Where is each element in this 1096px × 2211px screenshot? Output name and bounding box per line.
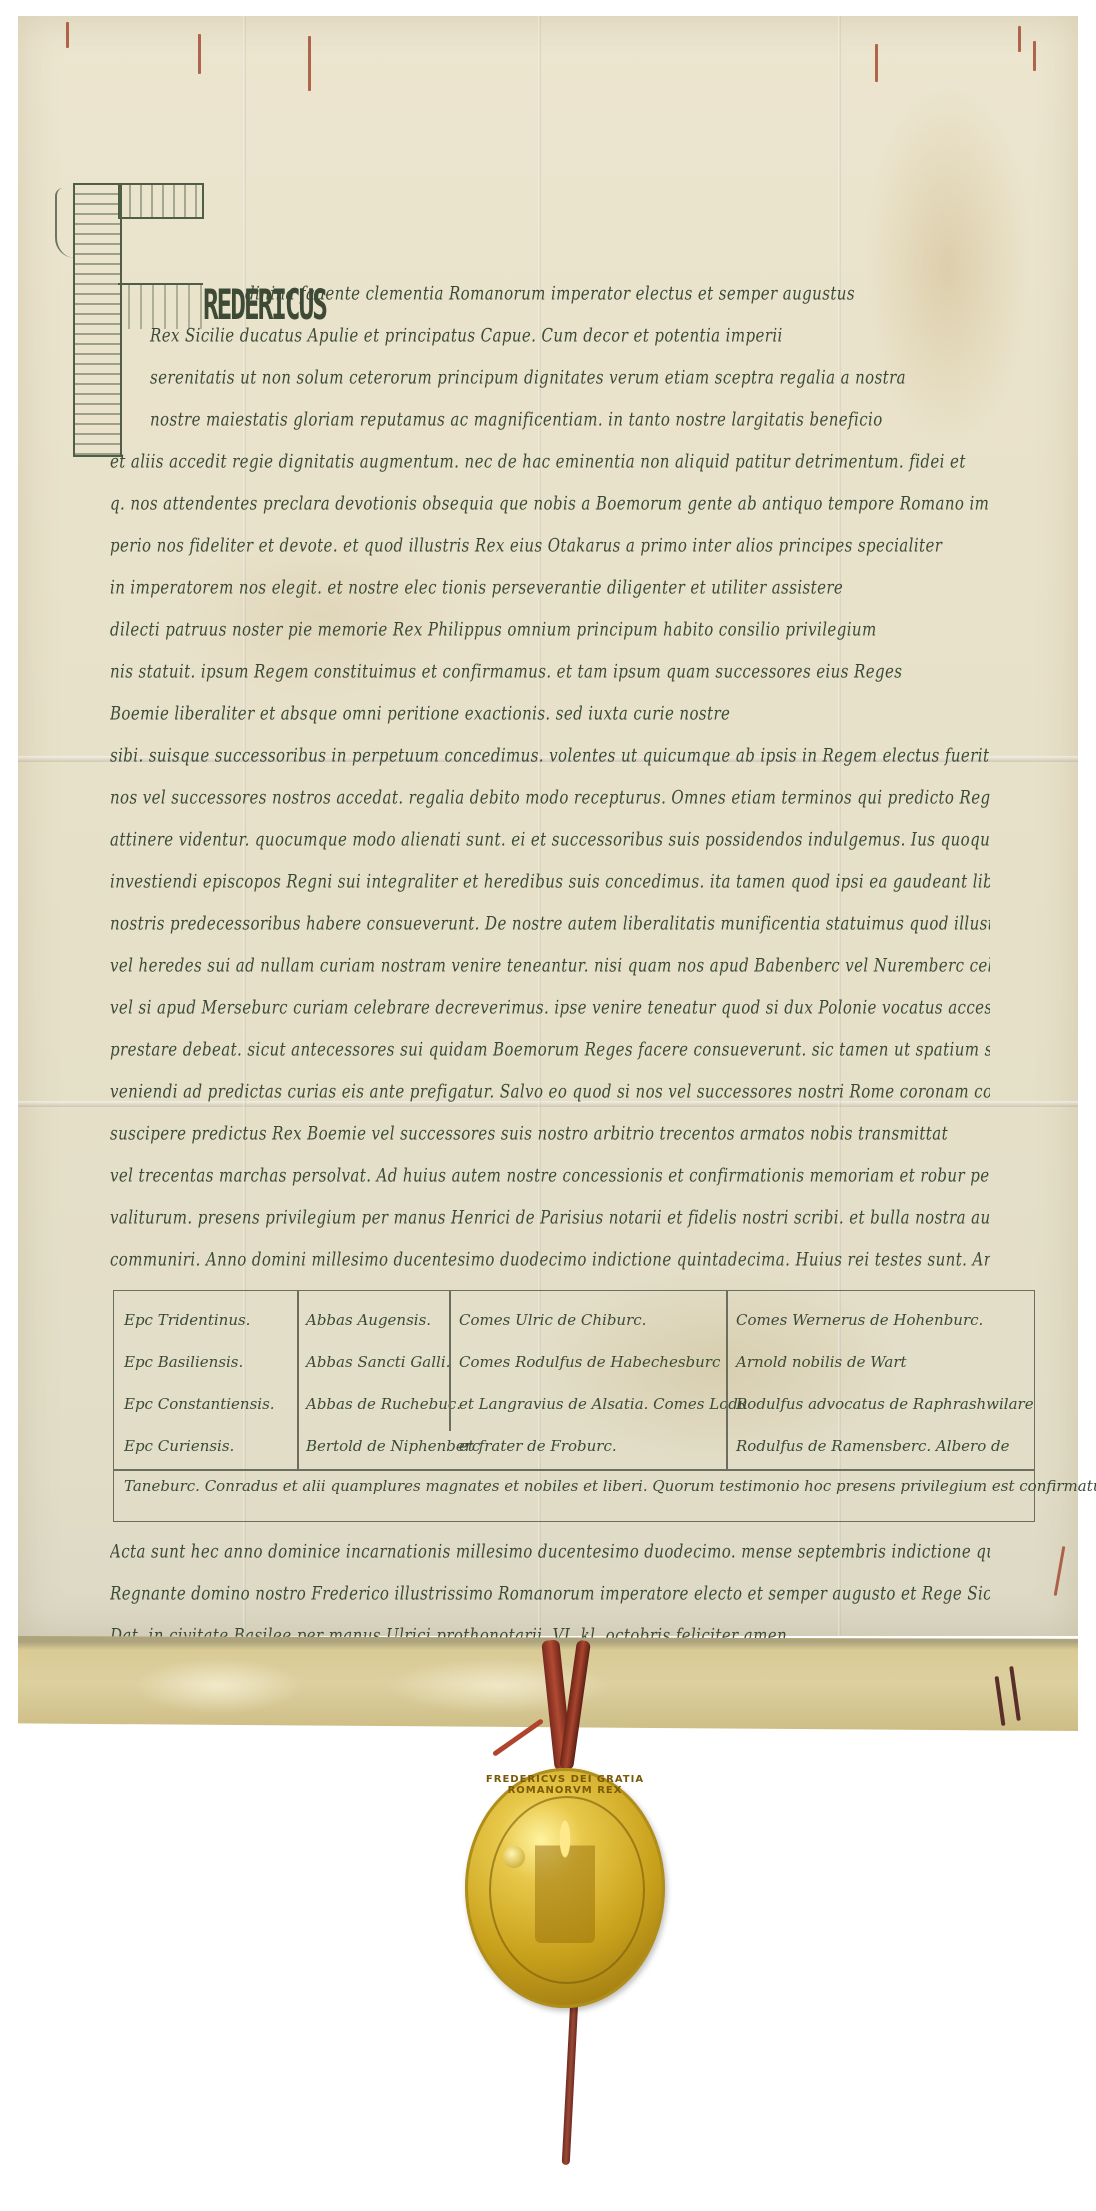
witness-list-table: Epc Tridentinus. Epc Basiliensis. Epc Co…	[113, 1290, 1035, 1522]
witness-entry: Comes Wernerus de Hohenburc.	[736, 1299, 1034, 1341]
margin-tick	[1018, 26, 1021, 52]
witness-entry: Comes Ulric de Chiburc.	[459, 1299, 748, 1341]
column-divider	[726, 1291, 728, 1469]
initial-top-bar	[118, 183, 204, 219]
margin-tick	[66, 22, 69, 48]
column-divider	[449, 1291, 451, 1431]
golden-bull-seal: FREDERICVS DEI GRATIA ROMANORVM REX	[465, 1768, 665, 2008]
initial-flourish	[55, 188, 75, 258]
enthroned-figure-icon	[535, 1813, 595, 1943]
witness-entry: Rodulfus de Ramensberc. Albero de	[736, 1425, 1034, 1467]
seal-legend: FREDERICVS DEI GRATIA ROMANORVM REX	[465, 1774, 665, 1796]
witness-entry: Abbas Augensis.	[306, 1299, 480, 1341]
column-divider	[297, 1291, 299, 1469]
witness-entry: Epc Tridentinus.	[124, 1299, 275, 1341]
orb-icon	[503, 1846, 525, 1868]
witness-continuation: Taneburc. Conradus et alii quamplures ma…	[124, 1477, 1096, 1495]
table-row-divider	[114, 1469, 1034, 1471]
margin-tick	[198, 34, 201, 74]
margin-tick	[1054, 1546, 1066, 1596]
witness-entry: Comes Rodulfus de Habechesburc	[459, 1341, 748, 1383]
witness-column-nobles: Comes Wernerus de Hohenburc. Arnold nobi…	[736, 1299, 1034, 1467]
plica-mark	[1009, 1666, 1021, 1721]
witness-entry: Epc Basiliensis.	[124, 1341, 275, 1383]
witness-entry: Arnold nobilis de Wart	[736, 1341, 1034, 1383]
margin-tick	[875, 44, 878, 82]
witness-entry: Abbas de Ruchebuc.	[306, 1383, 480, 1425]
witness-entry: Epc Constantiensis.	[124, 1383, 275, 1425]
witness-column-bishops: Epc Tridentinus. Epc Basiliensis. Epc Co…	[124, 1299, 275, 1467]
charter-text: dinina fauente clementia Romanorum imper…	[110, 272, 990, 1280]
margin-tick	[308, 36, 311, 91]
witness-entry: Bertold de Niphenberc	[306, 1425, 480, 1467]
witness-entry: et Langravius de Alsatia. Comes Lodu	[459, 1383, 748, 1425]
seal-cord-tail	[562, 2000, 579, 2165]
plica-mark	[995, 1676, 1006, 1726]
witness-entry: Abbas Sancti Galli.	[306, 1341, 480, 1383]
witness-entry: Rodulfus advocatus de Raphrashwilare	[736, 1383, 1034, 1425]
margin-tick	[1033, 41, 1036, 71]
witness-column-abbots: Abbas Augensis. Abbas Sancti Galli. Abba…	[306, 1299, 480, 1467]
witness-entry: et frater de Froburc.	[459, 1425, 748, 1467]
witness-entry: Epc Curiensis.	[124, 1425, 275, 1467]
witness-column-counts: Comes Ulric de Chiburc. Comes Rodulfus d…	[459, 1299, 748, 1467]
text-line: communiri. Anno domini millesimo ducente…	[110, 1233, 990, 1286]
